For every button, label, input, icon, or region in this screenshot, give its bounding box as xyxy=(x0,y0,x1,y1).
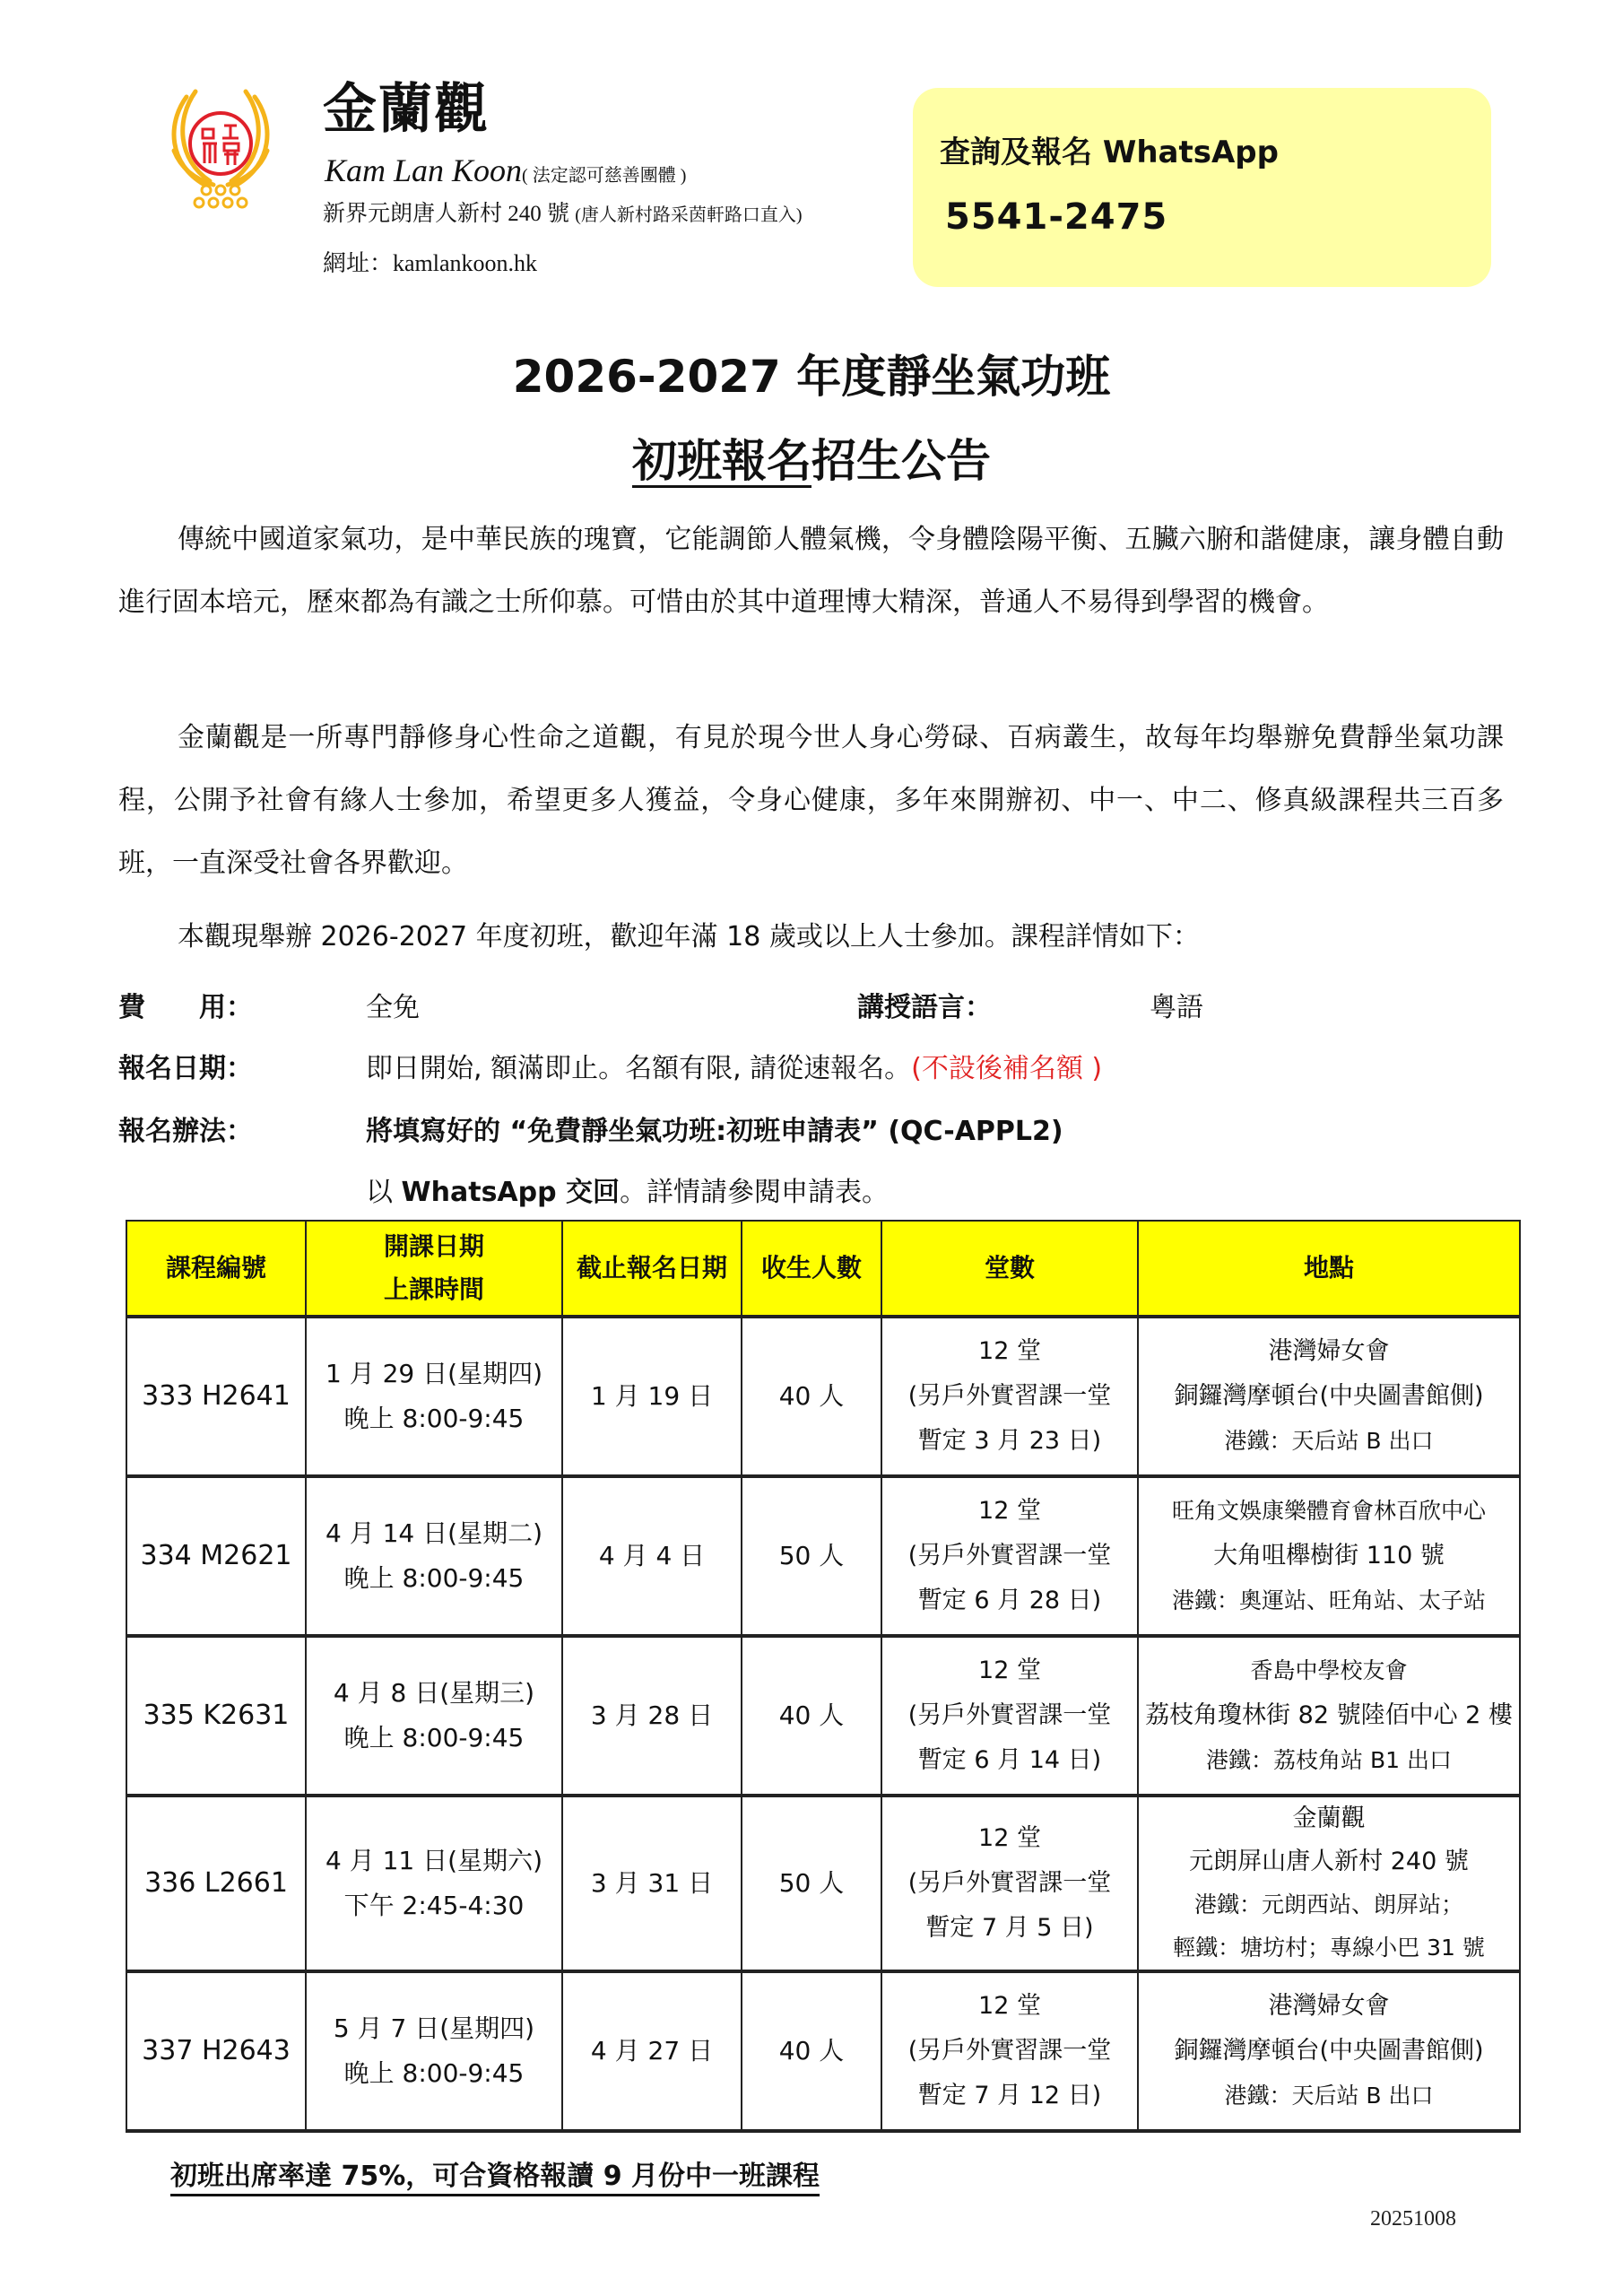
lessons-note-1: (另戶外實習課一堂 xyxy=(886,1861,1133,1906)
lessons-note-2: 暫定 6 月 14 日) xyxy=(886,1738,1133,1783)
org-name-en-text: Kam Lan Koon xyxy=(325,152,522,188)
start-date-cell: 4 月 11 日(星期六) 下午 2:45-4:30 xyxy=(306,1796,562,1971)
lessons-count: 12 堂 xyxy=(886,1329,1133,1374)
language-value: 粵語 xyxy=(1150,987,1203,1030)
lessons-cell: 12 堂 (另戶外實習課一堂 暫定 3 月 23 日) xyxy=(881,1317,1138,1476)
whatsapp-contact-box: 查詢及報名 WhatsApp 5541-2475 xyxy=(913,88,1491,287)
language-label: 講授語言： xyxy=(857,987,992,1030)
lessons-note-2: 暫定 7 月 5 日) xyxy=(886,1906,1133,1951)
class-time: 晚上 8:00-9:45 xyxy=(310,1396,558,1441)
page-subtitle: 初班報名招生公告 xyxy=(0,432,1623,490)
registration-date-label: 報名日期： xyxy=(118,1048,253,1091)
lessons-note-2: 暫定 7 月 12 日) xyxy=(886,2074,1133,2118)
course-code: 337 H2643 xyxy=(126,1971,306,2131)
lessons-count: 12 堂 xyxy=(886,1489,1133,1534)
table-row: 334 M2621 4 月 14 日(星期二) 晚上 8:00-9:45 4 月… xyxy=(126,1476,1520,1636)
intro-paragraph-1: 傳統中國道家氣功，是中華民族的瑰寶，它能調節人體氣機，令身體陰陽平衡、五臟六腑和… xyxy=(118,509,1504,634)
venue-transport: 港鐵：天后站 B 出口 xyxy=(1142,2074,1515,2118)
registration-date-value: 即日開始, 額滿即止。名額有限, 請從速報名。(不設後補名額 ) xyxy=(366,1048,1102,1091)
contact-phone[interactable]: 5541-2475 xyxy=(945,194,1167,240)
deadline: 4 月 27 日 xyxy=(562,1971,742,2131)
venue-address: 銅鑼灣摩頓台(中央圖書館側) xyxy=(1142,2029,1515,2074)
venue-cell: 港灣婦女會 銅鑼灣摩頓台(中央圖書館側) 港鐵：天后站 B 出口 xyxy=(1138,1317,1520,1476)
lessons-note-1: (另戶外實習課一堂 xyxy=(886,1374,1133,1419)
venue-transport: 港鐵：荔枝角站 B1 出口 xyxy=(1142,1738,1515,1783)
method-post: 。詳情請參閱申請表。 xyxy=(620,1177,889,1208)
method-pre: 以 xyxy=(366,1177,402,1208)
course-code: 334 M2621 xyxy=(126,1476,306,1636)
start-date-cell: 1 月 29 日(星期四) 晚上 8:00-9:45 xyxy=(306,1317,562,1476)
course-code: 333 H2641 xyxy=(126,1317,306,1476)
deadline: 4 月 4 日 xyxy=(562,1476,742,1636)
venue-name: 港灣婦女會 xyxy=(1142,1329,1515,1374)
quota: 40 人 xyxy=(742,1317,881,1476)
start-date-cell: 4 月 8 日(星期三) 晚上 8:00-9:45 xyxy=(306,1636,562,1796)
course-schedule-table: 課程編號 開課日期 上課時間 截止報名日期 收生人數 堂數 地點 333 H26… xyxy=(126,1220,1521,2133)
venue-transport-2: 輕鐵：塘坊村；專線小巴 31 號 xyxy=(1142,1926,1515,1970)
quota: 50 人 xyxy=(742,1476,881,1636)
paragraph-text: 本觀現舉辦 2026-2027 年度初班，歡迎年滿 18 歲或以上人士參加。課程… xyxy=(118,906,1504,969)
lessons-count: 12 堂 xyxy=(886,1648,1133,1693)
class-time: 晚上 8:00-9:45 xyxy=(310,1716,558,1761)
venue-name: 香島中學校友會 xyxy=(1142,1648,1515,1693)
org-website[interactable]: 網址：kamlankoon.hk xyxy=(323,248,537,280)
intro-paragraph-3: 本觀現舉辦 2026-2027 年度初班，歡迎年滿 18 歲或以上人士參加。課程… xyxy=(118,906,1504,969)
fee-label: 費 用： xyxy=(118,987,253,1030)
venue-name: 港灣婦女會 xyxy=(1142,1984,1515,2029)
paragraph-text: 金蘭觀是一所專門靜修身心性命之道觀，有見於現今世人身心勞碌、百病叢生，故每年均舉… xyxy=(118,707,1504,895)
deadline: 3 月 28 日 xyxy=(562,1636,742,1796)
registration-method-label: 報名辦法： xyxy=(118,1110,253,1153)
subtitle-underlined: 初班報名 xyxy=(632,435,811,487)
lessons-cell: 12 堂 (另戶外實習課一堂 暫定 6 月 28 日) xyxy=(881,1476,1138,1636)
start-date: 4 月 8 日(星期三) xyxy=(310,1671,558,1716)
start-date-cell: 5 月 7 日(星期四) 晚上 8:00-9:45 xyxy=(306,1971,562,2131)
course-code: 336 L2661 xyxy=(126,1796,306,1971)
venue-transport: 港鐵：奧運站、旺角站、太子站 xyxy=(1142,1578,1515,1623)
venue-name: 旺角文娛康樂體育會林百欣中心 xyxy=(1142,1489,1515,1534)
lessons-cell: 12 堂 (另戶外實習課一堂 暫定 7 月 12 日) xyxy=(881,1971,1138,2131)
fee-value: 全免 xyxy=(366,987,420,1030)
no-waitlist-warning: (不設後補名額 ) xyxy=(911,1053,1102,1084)
lessons-note-1: (另戶外實習課一堂 xyxy=(886,1534,1133,1578)
page-title: 2026-2027 年度靜坐氣功班 xyxy=(0,348,1623,405)
lessons-note-1: (另戶外實習課一堂 xyxy=(886,2029,1133,2074)
address-directions: (唐人新村路采茵軒路口直入) xyxy=(575,205,802,225)
venue-address: 大角咀櫸樹街 110 號 xyxy=(1142,1534,1515,1578)
header-start-line2: 上課時間 xyxy=(310,1268,558,1311)
class-time: 晚上 8:00-9:45 xyxy=(310,1556,558,1601)
org-name: 金蘭觀 xyxy=(323,77,490,142)
venue-cell: 港灣婦女會 銅鑼灣摩頓台(中央圖書館側) 港鐵：天后站 B 出口 xyxy=(1138,1971,1520,2131)
attendance-note: 初班出席率達 75%，可合資格報讀 9 月份中一班課程 xyxy=(170,2157,820,2196)
header-start-date: 開課日期 上課時間 xyxy=(306,1221,562,1317)
registration-date-text: 即日開始, 額滿即止。名額有限, 請從速報名。 xyxy=(366,1053,911,1084)
kam-lan-koon-logo-icon xyxy=(169,88,273,213)
venue-address: 荔枝角瓊林街 82 號陸佰中心 2 樓 xyxy=(1142,1693,1515,1738)
quota: 40 人 xyxy=(742,1636,881,1796)
course-code: 335 K2631 xyxy=(126,1636,306,1796)
org-address: 新界元朗唐人新村 240 號 (唐人新村路采茵軒路口直入) xyxy=(323,199,803,230)
start-date: 1 月 29 日(星期四) xyxy=(310,1352,558,1396)
class-time: 下午 2:45-4:30 xyxy=(310,1883,558,1928)
header-quota: 收生人數 xyxy=(742,1221,881,1317)
class-time: 晚上 8:00-9:45 xyxy=(310,2051,558,2096)
lessons-note-2: 暫定 6 月 28 日) xyxy=(886,1578,1133,1623)
header-venue: 地點 xyxy=(1138,1221,1520,1317)
header-lessons: 堂數 xyxy=(881,1221,1138,1317)
start-date-cell: 4 月 14 日(星期二) 晚上 8:00-9:45 xyxy=(306,1476,562,1636)
org-name-en: Kam Lan Koon( 法定認可慈善團體 ) xyxy=(325,151,686,196)
venue-transport: 港鐵：元朗西站、朗屏站； xyxy=(1142,1883,1515,1926)
table-row: 333 H2641 1 月 29 日(星期四) 晚上 8:00-9:45 1 月… xyxy=(126,1317,1520,1476)
lessons-count: 12 堂 xyxy=(886,1984,1133,2029)
address-text: 新界元朗唐人新村 240 號 xyxy=(323,202,569,226)
header-course-code: 課程編號 xyxy=(126,1221,306,1317)
lessons-cell: 12 堂 (另戶外實習課一堂 暫定 7 月 5 日) xyxy=(881,1796,1138,1971)
quota: 50 人 xyxy=(742,1796,881,1971)
intro-paragraph-2: 金蘭觀是一所專門靜修身心性命之道觀，有見於現今世人身心勞碌、百病叢生，故每年均舉… xyxy=(118,707,1504,895)
org-status-note: ( 法定認可慈善團體 ) xyxy=(522,166,686,186)
paragraph-text: 傳統中國道家氣功，是中華民族的瑰寶，它能調節人體氣機，令身體陰陽平衡、五臟六腑和… xyxy=(118,509,1504,634)
venue-cell: 旺角文娛康樂體育會林百欣中心 大角咀櫸樹街 110 號 港鐵：奧運站、旺角站、太… xyxy=(1138,1476,1520,1636)
venue-cell: 香島中學校友會 荔枝角瓊林街 82 號陸佰中心 2 樓 港鐵：荔枝角站 B1 出… xyxy=(1138,1636,1520,1796)
table-row: 336 L2661 4 月 11 日(星期六) 下午 2:45-4:30 3 月… xyxy=(126,1796,1520,1971)
quota: 40 人 xyxy=(742,1971,881,2131)
lessons-cell: 12 堂 (另戶外實習課一堂 暫定 6 月 14 日) xyxy=(881,1636,1138,1796)
lessons-count: 12 堂 xyxy=(886,1816,1133,1861)
venue-cell: 金蘭觀 元朗屏山唐人新村 240 號 港鐵：元朗西站、朗屏站； 輕鐵：塘坊村；專… xyxy=(1138,1796,1520,1971)
venue-name: 金蘭觀 xyxy=(1142,1797,1515,1840)
method-bold: WhatsApp 交回 xyxy=(402,1177,621,1208)
table-header-row: 課程編號 開課日期 上課時間 截止報名日期 收生人數 堂數 地點 xyxy=(126,1221,1520,1317)
venue-transport: 港鐵：天后站 B 出口 xyxy=(1142,1419,1515,1464)
start-date: 4 月 11 日(星期六) xyxy=(310,1839,558,1883)
registration-method-value: 將填寫好的 “免費靜坐氣功班:初班申請表” (QC-APPL2) xyxy=(366,1110,1063,1153)
document-code: 20251008 xyxy=(1370,2203,1456,2235)
header-deadline: 截止報名日期 xyxy=(562,1221,742,1317)
venue-address: 元朗屏山唐人新村 240 號 xyxy=(1142,1840,1515,1883)
header-start-line1: 開課日期 xyxy=(310,1225,558,1268)
start-date: 4 月 14 日(星期二) xyxy=(310,1511,558,1556)
deadline: 1 月 19 日 xyxy=(562,1317,742,1476)
table-row: 337 H2643 5 月 7 日(星期四) 晚上 8:00-9:45 4 月 … xyxy=(126,1971,1520,2131)
lessons-note-2: 暫定 3 月 23 日) xyxy=(886,1419,1133,1464)
venue-address: 銅鑼灣摩頓台(中央圖書館側) xyxy=(1142,1374,1515,1419)
registration-method-value-2: 以 WhatsApp 交回。詳情請參閱申請表。 xyxy=(366,1171,889,1214)
contact-label: 查詢及報名 WhatsApp xyxy=(940,133,1279,172)
start-date: 5 月 7 日(星期四) xyxy=(310,2006,558,2051)
deadline: 3 月 31 日 xyxy=(562,1796,742,1971)
table-row: 335 K2631 4 月 8 日(星期三) 晚上 8:00-9:45 3 月 … xyxy=(126,1636,1520,1796)
subtitle-rest: 招生公告 xyxy=(811,435,991,487)
lessons-note-1: (另戶外實習課一堂 xyxy=(886,1693,1133,1738)
